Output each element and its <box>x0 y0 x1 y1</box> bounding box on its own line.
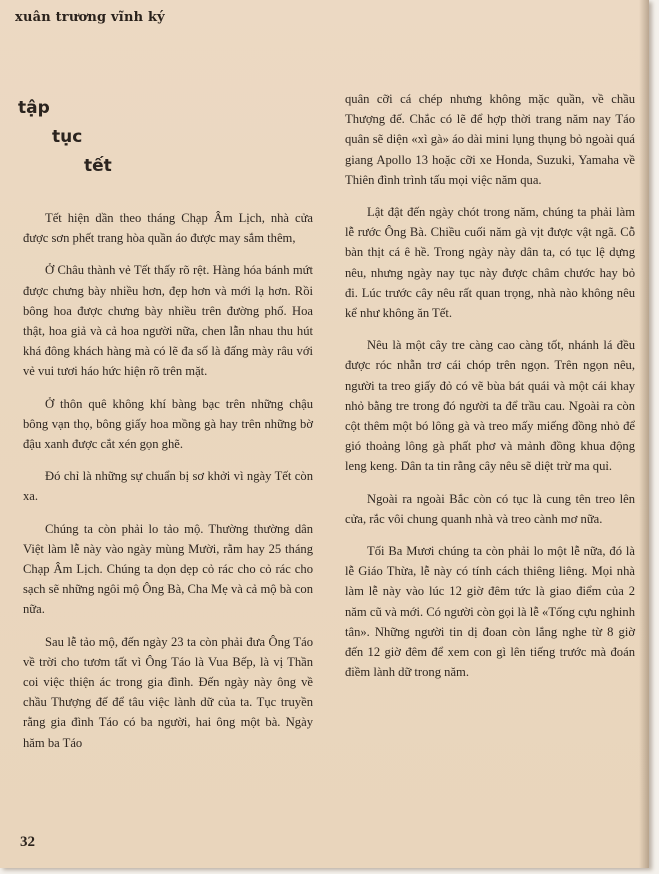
left-column: Tết hiện dần theo tháng Chạp Âm Lịch, nh… <box>23 208 313 765</box>
paragraph: Ở Châu thành vẻ Tết thấy rõ rệt. Hàng hó… <box>23 260 313 381</box>
paragraph: Nêu là một cây tre càng cao càng tốt, nh… <box>345 335 635 476</box>
paragraph: Đó chỉ là những sự chuẩn bị sơ khởi vì n… <box>23 466 313 506</box>
paragraph-continued: quân cỡi cá chép nhưng không mặc quần, v… <box>345 89 635 190</box>
right-column: quân cỡi cá chép nhưng không mặc quần, v… <box>345 89 635 694</box>
paragraph: Tết hiện dần theo tháng Chạp Âm Lịch, nh… <box>23 208 313 248</box>
article-title-word-3: tết <box>84 156 112 176</box>
running-head-author: xuân trương vĩnh ký <box>15 10 165 25</box>
book-page: xuân trương vĩnh ký tập tục tết Tết hiện… <box>0 0 649 868</box>
paragraph: Chúng ta còn phải lo tảo mộ. Thường thườ… <box>23 519 313 620</box>
paragraph: Lật đật đến ngày chót trong năm, chúng t… <box>345 202 635 323</box>
paragraph: Ở thôn quê không khí bàng bạc trên những… <box>23 394 313 455</box>
paragraph: Ngoài ra ngoài Bắc còn có tục là cung tê… <box>345 489 635 529</box>
paragraph: Tối Ba Mươi chúng ta còn phải lo một lễ … <box>345 541 635 682</box>
article-title-word-1: tập <box>18 98 50 118</box>
article-title-word-2: tục <box>52 127 82 147</box>
page-number: 32 <box>20 834 35 851</box>
paragraph: Sau lễ tảo mộ, đến ngày 23 ta còn phải đ… <box>23 632 313 753</box>
